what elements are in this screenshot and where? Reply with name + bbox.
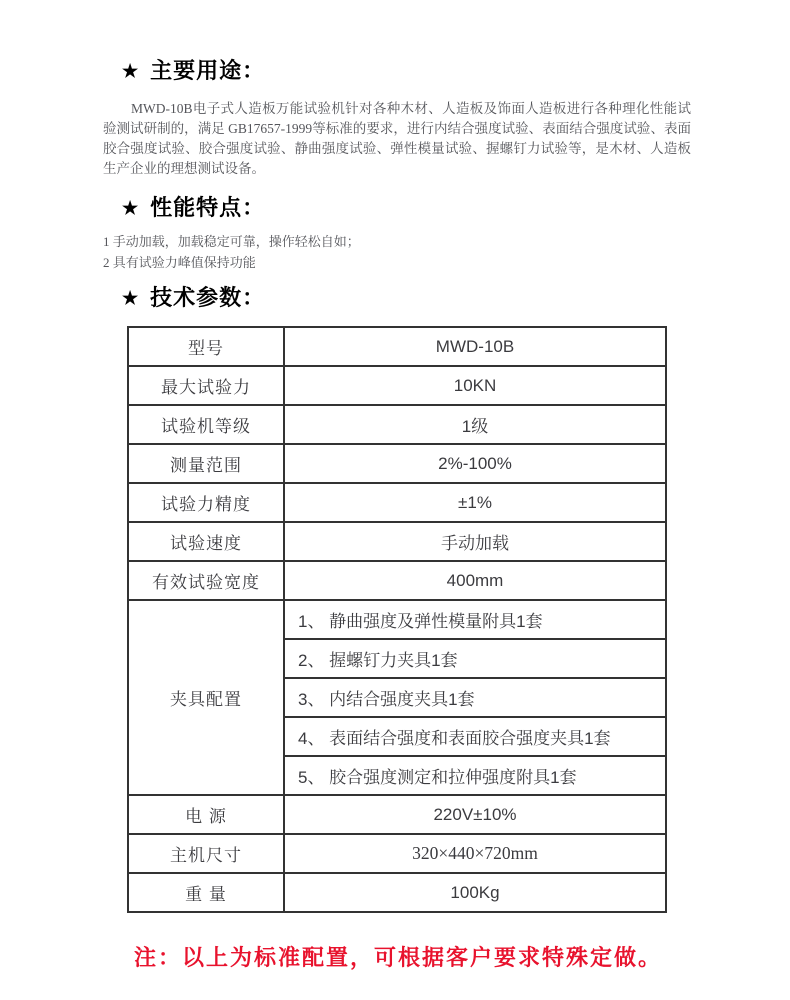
spec-label: 重 量 <box>128 873 284 912</box>
star-icon: ★ <box>122 198 139 218</box>
spec-label: 最大试验力 <box>128 366 284 405</box>
spec-row: 型号 MWD-10B <box>128 327 666 366</box>
spec-value: 手动加载 <box>284 522 666 561</box>
fixture-item: 1、 静曲强度及弹性模量附具1套 <box>284 600 666 639</box>
spec-row: 测量范围 2%-100% <box>128 444 666 483</box>
spec-row: 主机尺寸 320×440×720mm <box>128 834 666 873</box>
spec-label-fixture: 夹具配置 <box>128 600 284 795</box>
usage-paragraph: MWD-10B电子式人造板万能试验机针对各种木材、人造板及饰面人造板进行各种理化… <box>103 99 691 179</box>
spec-row: 有效试验宽度 400mm <box>128 561 666 600</box>
spec-row: 试验力精度 ±1% <box>128 483 666 522</box>
section-title-specs: ★技术参数： <box>122 285 690 312</box>
spec-row: 试验机等级 1级 <box>128 405 666 444</box>
feature-item: 2 具有试验力峰值保持功能 <box>103 252 690 273</box>
spec-row: 重 量 100Kg <box>128 873 666 912</box>
fixture-item: 2、 握螺钉力夹具1套 <box>284 639 666 678</box>
fixture-item: 5、 胶合强度测定和拉伸强度附具1套 <box>284 756 666 795</box>
usage-title-text: 主要用途： <box>150 58 265 83</box>
spec-value: MWD-10B <box>284 327 666 366</box>
spec-label: 主机尺寸 <box>128 834 284 873</box>
custom-order-note: 注：以上为标准配置，可根据客户要求特殊定做。 <box>103 941 693 972</box>
document-content: ★主要用途： MWD-10B电子式人造板万能试验机针对各种木材、人造板及饰面人造… <box>0 0 790 972</box>
section-title-usage: ★主要用途： <box>122 58 690 85</box>
spec-value: 220V±10% <box>284 795 666 834</box>
feature-item: 1 手动加载，加载稳定可靠，操作轻松自如； <box>103 231 690 252</box>
spec-value: 2%-100% <box>284 444 666 483</box>
spec-label: 测量范围 <box>128 444 284 483</box>
spec-table: 型号 MWD-10B 最大试验力 10KN 试验机等级 1级 测量范围 2%-1… <box>127 326 667 913</box>
star-icon: ★ <box>122 288 139 308</box>
spec-row: 电 源 220V±10% <box>128 795 666 834</box>
spec-value: 100Kg <box>284 873 666 912</box>
spec-row: 最大试验力 10KN <box>128 366 666 405</box>
spec-row-fixture: 夹具配置 1、 静曲强度及弹性模量附具1套 <box>128 600 666 639</box>
spec-label: 试验力精度 <box>128 483 284 522</box>
spec-label: 试验机等级 <box>128 405 284 444</box>
star-icon: ★ <box>122 61 139 81</box>
spec-value: 1级 <box>284 405 666 444</box>
spec-row: 试验速度 手动加载 <box>128 522 666 561</box>
features-title-text: 性能特点： <box>150 195 265 220</box>
specs-title-text: 技术参数： <box>150 285 265 310</box>
spec-label: 电 源 <box>128 795 284 834</box>
feature-list: 1 手动加载，加载稳定可靠，操作轻松自如； 2 具有试验力峰值保持功能 <box>103 231 690 273</box>
spec-label: 有效试验宽度 <box>128 561 284 600</box>
spec-value: 320×440×720mm <box>284 834 666 873</box>
fixture-item: 3、 内结合强度夹具1套 <box>284 678 666 717</box>
spec-document-page: ★主要用途： MWD-10B电子式人造板万能试验机针对各种木材、人造板及饰面人造… <box>0 0 790 1000</box>
section-title-features: ★性能特点： <box>122 195 690 222</box>
spec-value: ±1% <box>284 483 666 522</box>
spec-label: 型号 <box>128 327 284 366</box>
fixture-item: 4、 表面结合强度和表面胶合强度夹具1套 <box>284 717 666 756</box>
spec-value: 10KN <box>284 366 666 405</box>
spec-value: 400mm <box>284 561 666 600</box>
spec-label: 试验速度 <box>128 522 284 561</box>
